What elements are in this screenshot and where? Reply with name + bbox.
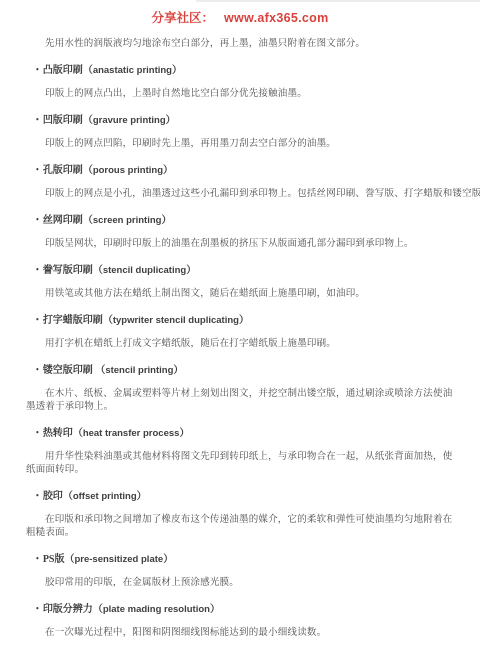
term-name-zh: 孔版印刷 bbox=[43, 165, 83, 176]
term-definition: 在木片、纸板、金属或塑料等片材上刻划出图文，并挖空制出镂空版，通过刷涂或喷涂方法… bbox=[26, 388, 454, 414]
bullet-icon: • bbox=[36, 115, 39, 124]
bullet-icon: • bbox=[36, 265, 39, 274]
term-definition: 用打字机在蜡纸上打成文字蜡纸版，随后在打字蜡纸版上施墨印刷。 bbox=[26, 338, 454, 351]
term-name-zh: 丝网印刷 bbox=[43, 215, 83, 226]
term-section-typewriter-stencil-duplicating: •打字蜡版印刷（typwriter stencil duplicating） 用… bbox=[26, 313, 454, 352]
document-page: 分享社区：www.afx365.com 先用水性的润版液均匀地涂布空白部分，再上… bbox=[0, 0, 480, 651]
paren-close: ） bbox=[186, 265, 196, 276]
paren-open: （ bbox=[83, 65, 93, 76]
term-name-en: porous printing bbox=[93, 165, 163, 176]
term-name-zh: 打字蜡版印刷 bbox=[43, 315, 103, 326]
term-name-en: offset printing bbox=[73, 491, 137, 502]
term-heading: •凹版印刷（gravure printing） bbox=[36, 113, 454, 127]
term-name-en: typwriter stencil duplicating bbox=[113, 315, 239, 326]
paren-close: ） bbox=[163, 165, 173, 176]
paren-open: （ bbox=[83, 115, 93, 126]
term-definition: 印版上的网点是小孔，油墨透过这些小孔漏印到承印物上。包括丝网印刷、誊写版、打字蜡… bbox=[26, 188, 480, 201]
term-name-en: stencil printing bbox=[105, 365, 173, 376]
term-heading: •打字蜡版印刷（typwriter stencil duplicating） bbox=[36, 313, 454, 327]
term-definition: 在一次曝光过程中，阳图和阴图细线图标能达到的最小细线读数。 bbox=[26, 627, 454, 640]
paren-close: ） bbox=[163, 554, 173, 565]
bullet-icon: • bbox=[36, 315, 39, 324]
bullet-icon: • bbox=[36, 554, 39, 563]
paren-close: ） bbox=[239, 315, 249, 326]
term-definition: 胶印常用的印版，在金属版材上预涂感光膜。 bbox=[26, 577, 454, 590]
paren-close: ） bbox=[137, 491, 147, 502]
term-section-heat-transfer: •热转印（heat transfer process） 用升华性染料油墨或其他材… bbox=[26, 426, 454, 478]
term-heading: •热转印（heat transfer process） bbox=[36, 426, 454, 440]
term-name-zh: 誊写版印刷 bbox=[43, 265, 93, 276]
term-heading: •丝网印刷（screen printing） bbox=[36, 213, 454, 227]
term-definition: 印版呈网状，印刷时印版上的油墨在刮墨板的挤压下从版面通孔部分漏印到承印物上。 bbox=[26, 238, 454, 251]
paren-open: （ bbox=[64, 554, 74, 565]
bullet-icon: • bbox=[36, 491, 39, 500]
term-definition: 用升华性染料油墨或其他材料将图文先印到转印纸上，与承印物合在一起，从纸张背面加热… bbox=[26, 451, 454, 477]
term-section-ps-plate: •PS版（pre-sensitized plate） 胶印常用的印版，在金属版材… bbox=[26, 552, 454, 591]
paren-open: （ bbox=[103, 315, 113, 326]
paren-open: （ bbox=[83, 165, 93, 176]
bullet-icon: • bbox=[36, 165, 39, 174]
clipped-previous-line-artifact bbox=[196, 0, 480, 2]
paren-close: ） bbox=[172, 65, 182, 76]
term-heading: •孔版印刷（porous printing） bbox=[36, 163, 454, 177]
term-name-en: pre-sensitized plate bbox=[74, 554, 163, 565]
site-watermark-header: 分享社区：www.afx365.com bbox=[0, 0, 480, 26]
bullet-icon: • bbox=[36, 215, 39, 224]
term-heading: •凸版印刷（anastatic printing） bbox=[36, 63, 454, 77]
term-definition: 在印版和承印物之间增加了橡皮布这个传递油墨的媒介，它的柔软和弹性可使油墨均匀地附… bbox=[26, 514, 454, 540]
intro-paragraph: 先用水性的润版液均匀地涂布空白部分，再上墨，油墨只附着在图文部分。 bbox=[26, 38, 454, 51]
term-definition: 印版上的网点凸出，上墨时自然地比空白部分优先接触油墨。 bbox=[26, 88, 454, 101]
paren-open: （ bbox=[63, 491, 73, 502]
term-definition: 用铁笔或其他方法在蜡纸上制出图文，随后在蜡纸面上施墨印刷，如油印。 bbox=[26, 288, 454, 301]
term-definition: 印版上的网点凹陷，印刷时先上墨，再用墨刀刮去空白部分的油墨。 bbox=[26, 138, 454, 151]
bullet-icon: • bbox=[36, 428, 39, 437]
term-section-plate-resolution: •印版分辨力（plate mading resolution） 在一次曝光过程中… bbox=[26, 602, 454, 641]
paren-open: （ bbox=[73, 428, 83, 439]
paren-open: （ bbox=[93, 265, 103, 276]
term-section-screen-printing: •丝网印刷（screen printing） 印版呈网状，印刷时印版上的油墨在刮… bbox=[26, 213, 454, 252]
paren-close: ） bbox=[173, 365, 183, 376]
bullet-icon: • bbox=[36, 604, 39, 613]
term-name-zh: 胶印 bbox=[43, 491, 63, 502]
paren-close: ） bbox=[161, 215, 171, 226]
term-name-en: anastatic printing bbox=[93, 65, 172, 76]
term-name-zh: 印版分辨力 bbox=[43, 604, 93, 615]
paren-open: （ bbox=[83, 215, 93, 226]
term-section-offset-printing: •胶印（offset printing） 在印版和承印物之间增加了橡皮布这个传递… bbox=[26, 489, 454, 541]
document-content: 先用水性的润版液均匀地涂布空白部分，再上墨，油墨只附着在图文部分。 •凸版印刷（… bbox=[0, 26, 480, 640]
term-section-porous-printing: •孔版印刷（porous printing） 印版上的网点是小孔，油墨透过这些小… bbox=[26, 163, 454, 202]
term-name-zh: 凹版印刷 bbox=[43, 115, 83, 126]
term-name-en: gravure printing bbox=[93, 115, 166, 126]
term-name-en: heat transfer process bbox=[83, 428, 180, 439]
term-section-anastatic-printing: •凸版印刷（anastatic printing） 印版上的网点凸出，上墨时自然… bbox=[26, 63, 454, 102]
term-section-stencil-duplicating: •誊写版印刷（stencil duplicating） 用铁笔或其他方法在蜡纸上… bbox=[26, 263, 454, 302]
term-name-zh: 热转印 bbox=[43, 428, 73, 439]
term-heading: •誊写版印刷（stencil duplicating） bbox=[36, 263, 454, 277]
term-name-zh: PS版 bbox=[43, 554, 65, 565]
term-name-en: plate mading resolution bbox=[103, 604, 210, 615]
term-section-stencil-printing: •镂空版印刷 （stencil printing） 在木片、纸板、金属或塑料等片… bbox=[26, 363, 454, 415]
term-name-zh: 凸版印刷 bbox=[43, 65, 83, 76]
term-section-gravure-printing: •凹版印刷（gravure printing） 印版上的网点凹陷，印刷时先上墨，… bbox=[26, 113, 454, 152]
bullet-icon: • bbox=[36, 365, 39, 374]
paren-close: ） bbox=[166, 115, 176, 126]
term-heading: •镂空版印刷 （stencil printing） bbox=[36, 363, 454, 377]
paren-close: ） bbox=[210, 604, 220, 615]
bullet-icon: • bbox=[36, 65, 39, 74]
term-name-en: stencil duplicating bbox=[103, 265, 186, 276]
term-heading: •印版分辨力（plate mading resolution） bbox=[36, 602, 454, 616]
term-heading: •PS版（pre-sensitized plate） bbox=[36, 552, 454, 566]
term-name-zh: 镂空版印刷 bbox=[43, 365, 96, 376]
site-url: www.afx365.com bbox=[224, 11, 328, 25]
term-heading: •胶印（offset printing） bbox=[36, 489, 454, 503]
term-name-en: screen printing bbox=[93, 215, 162, 226]
paren-close: ） bbox=[179, 428, 189, 439]
paren-open: （ bbox=[95, 365, 105, 376]
paren-open: （ bbox=[93, 604, 103, 615]
site-name: 分享社区： bbox=[152, 11, 215, 25]
